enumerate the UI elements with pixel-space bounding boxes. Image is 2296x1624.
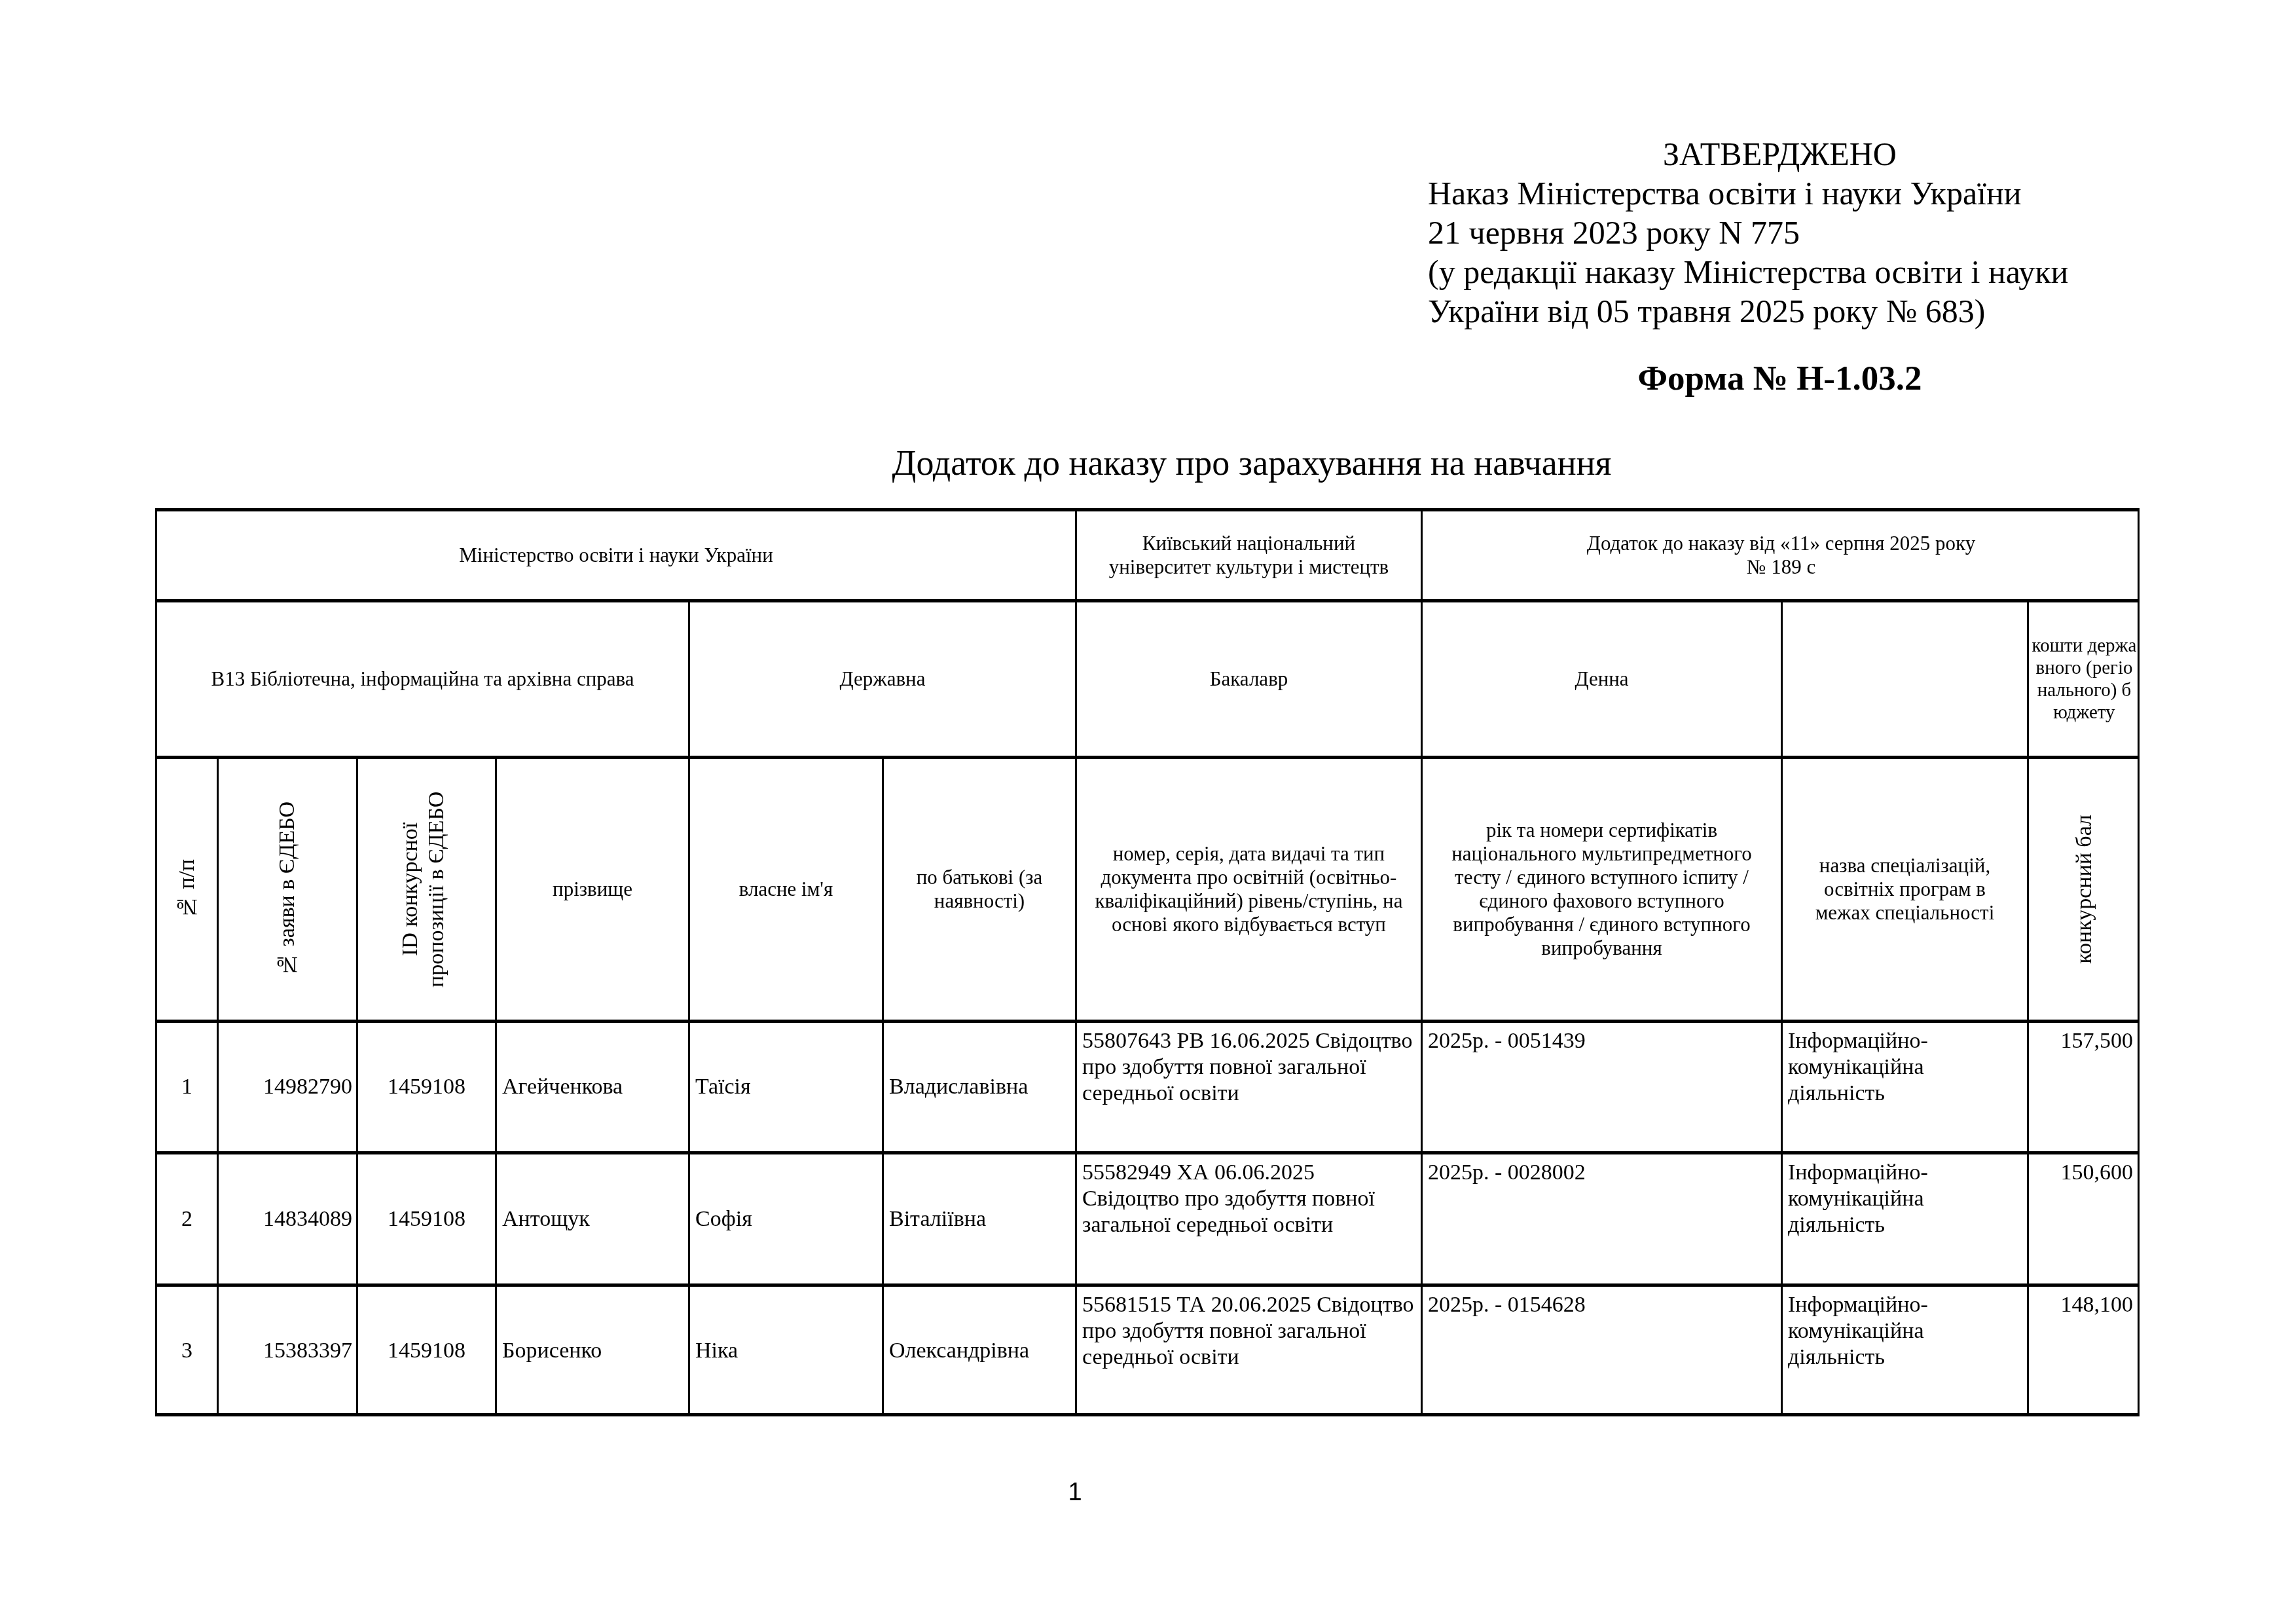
order-cell: Додаток до наказу від «11» серпня 2025 р…: [1421, 508, 2140, 599]
col-header-application: № заяви в ЄДЕБО: [217, 756, 356, 1020]
specialty-cell: B13 Бібліотечна, інформаційна та архівна…: [155, 599, 688, 756]
cell-certificates: 2025р. - 0154628: [1421, 1283, 1781, 1415]
specialty: B13 Бібліотечна, інформаційна та архівна…: [211, 667, 634, 691]
degree: Бакалавр: [1210, 667, 1288, 691]
cell-name: Софія: [688, 1151, 882, 1283]
institution-cell: Київський національний університет культ…: [1075, 508, 1421, 599]
cell-number: 3: [155, 1283, 217, 1415]
order-date: Додаток до наказу від «11» серпня 2025 р…: [1587, 532, 1975, 555]
cell-name: Таїсія: [688, 1020, 882, 1151]
approval-stamp: ЗАТВЕРДЖЕНО: [1428, 134, 2132, 174]
approval-line: (у редакції наказу Міністерства освіти і…: [1428, 252, 2148, 291]
page-number: 1: [1048, 1479, 1102, 1507]
cell-program: Інформаційно-комунікаційна діяльність: [1781, 1151, 2027, 1283]
specialization-cell: [1781, 599, 2027, 756]
degree-cell: Бакалавр: [1075, 599, 1421, 756]
ownership: Державна: [840, 667, 926, 691]
col-header-patronymic: по батькові (за наявності): [882, 756, 1075, 1020]
ownership-cell: Державна: [688, 599, 1075, 756]
cell-program: Інформаційно-комунікаційна діяльність: [1781, 1283, 2027, 1415]
cell-score: 157,500: [2027, 1020, 2140, 1151]
cell-application: 14834089: [217, 1151, 356, 1283]
institution-name: Київський національний університет культ…: [1103, 532, 1394, 579]
col-header-program: назва спеціалізацій, освітніх програм в …: [1781, 756, 2027, 1020]
cell-score: 150,600: [2027, 1151, 2140, 1283]
col-header-score: конкурсний бал: [2027, 756, 2140, 1020]
col-header-surname: прізвище: [495, 756, 688, 1020]
col-header-certificates: рік та номери сертифікатів національного…: [1421, 756, 1781, 1020]
ministry-name: Міністерство освіти і науки України: [459, 544, 773, 567]
cell-patronymic: Владиславівна: [882, 1020, 1075, 1151]
cell-number: 2: [155, 1151, 217, 1283]
cell-program: Інформаційно-комунікаційна діяльність: [1781, 1020, 2027, 1151]
cell-surname: Борисенко: [495, 1283, 688, 1415]
study-form-cell: Денна: [1421, 599, 1781, 756]
cell-surname: Агейченкова: [495, 1020, 688, 1151]
approval-line: Наказ Міністерства освіти і науки Україн…: [1428, 174, 2148, 213]
table-border: [155, 1413, 2140, 1416]
approval-block: ЗАТВЕРДЖЕНО Наказ Міністерства освіти і …: [1428, 134, 2148, 331]
cell-name: Ніка: [688, 1283, 882, 1415]
col-header-number: № п/п: [155, 756, 217, 1020]
cell-patronymic: Віталіївна: [882, 1151, 1075, 1283]
cell-offer-id: 1459108: [356, 1283, 495, 1415]
cell-application: 15383397: [217, 1283, 356, 1415]
document-title: Додаток до наказу про зарахування на нав…: [0, 443, 2296, 483]
table-border: [2138, 508, 2140, 1415]
cell-document: 55807643 РВ 16.06.2025 Свідоцтво про здо…: [1075, 1020, 1421, 1151]
cell-certificates: 2025р. - 0028002: [1421, 1151, 1781, 1283]
study-form: Денна: [1575, 667, 1628, 691]
funding-cell: кошти державного (регіонального) бюджету: [2027, 599, 2140, 756]
order-number: № 189 с: [1747, 555, 1815, 579]
ministry-cell: Міністерство освіти і науки України: [155, 508, 1075, 599]
cell-offer-id: 1459108: [356, 1020, 495, 1151]
approval-line: 21 червня 2023 року N 775: [1428, 213, 2148, 252]
enrollment-table: Міністерство освіти і науки України Київ…: [155, 508, 2140, 1415]
cell-document: 55681515 ТА 20.06.2025 Свідоцтво про здо…: [1075, 1283, 1421, 1415]
cell-number: 1: [155, 1020, 217, 1151]
form-number: Форма № Н-1.03.2: [1428, 359, 2132, 398]
cell-certificates: 2025р. - 0051439: [1421, 1020, 1781, 1151]
approval-line: України від 05 травня 2025 року № 683): [1428, 291, 2148, 331]
col-header-name: власне ім'я: [688, 756, 882, 1020]
cell-surname: Антощук: [495, 1151, 688, 1283]
cell-document: 55582949 ХА 06.06.2025 Свідоцтво про здо…: [1075, 1151, 1421, 1283]
cell-application: 14982790: [217, 1020, 356, 1151]
col-header-offer-id: ID конкурсної пропозиції в ЄДЕБО: [356, 756, 495, 1020]
cell-score: 148,100: [2027, 1283, 2140, 1415]
cell-patronymic: Олександрівна: [882, 1283, 1075, 1415]
cell-offer-id: 1459108: [356, 1151, 495, 1283]
col-header-document: номер, серія, дата видачі та тип докумен…: [1075, 756, 1421, 1020]
funding-source: кошти державного (регіонального) бюджету: [2032, 635, 2137, 724]
